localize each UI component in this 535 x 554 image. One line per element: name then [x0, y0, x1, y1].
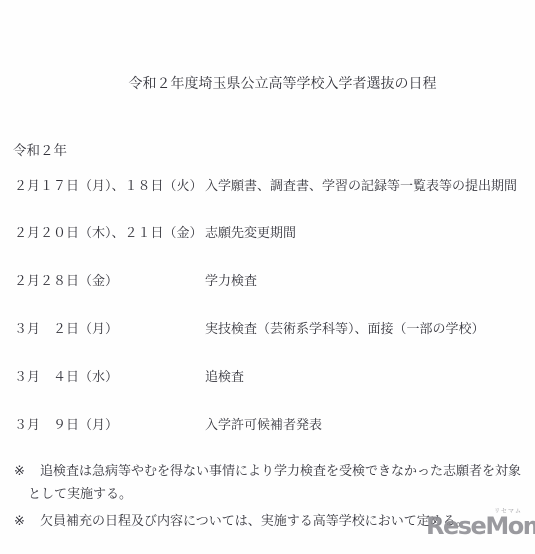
resemom-logo: ReseMom. [426, 512, 535, 540]
schedule-row: ３月 ９日（月）入学許可候補者発表 [14, 416, 322, 434]
schedule-description: 学力検査 [205, 272, 257, 290]
schedule-row: ２月２８日（金）学力検査 [14, 272, 257, 290]
note-line: ※追検査は急病等やむを得ない事情により学力検査を受検できなかった志願者を対象 [14, 459, 521, 482]
note-supplementary-exam: ※追検査は急病等やむを得ない事情により学力検査を受検できなかった志願者を対象 と… [14, 459, 521, 505]
note-vacancy-filling: ※欠員補充の日程及び内容については、実施する高等学校において定める。 [14, 509, 469, 532]
schedule-description: 志願先変更期間 [205, 224, 296, 242]
schedule-description: 追検査 [205, 368, 244, 386]
schedule-date: ３月 ９日（月） [14, 416, 205, 434]
schedule-description: 入学願書、調査書、学習の記録等一覧表等の提出期間 [205, 177, 517, 195]
schedule-date: ３月 ２日（月） [14, 320, 205, 338]
schedule-row: ３月 ２日（月）実技検査（芸術系学科等）、面接（一部の学校） [14, 320, 485, 338]
schedule-date: ２月２８日（金） [14, 272, 205, 290]
page: { "page": { "background": "#fefefe", "te… [0, 0, 535, 554]
note-text: 追検査は急病等やむを得ない事情により学力検査を受検できなかった志願者を対象 [40, 463, 521, 478]
note-line: ※欠員補充の日程及び内容については、実施する高等学校において定める。 [14, 509, 469, 532]
resemom-watermark: リセマム ReseMom. [426, 505, 535, 550]
schedule-description: 入学許可候補者発表 [205, 416, 322, 434]
schedule-row: ２月２０日（木）、２１日（金）志願先変更期間 [14, 224, 296, 242]
schedule-date: ２月１７日（月）、１８日（火） [14, 177, 205, 195]
era-label: 令和２年 [13, 139, 67, 159]
note-text: 欠員補充の日程及び内容については、実施する高等学校において定める。 [40, 513, 469, 528]
note-line: として実施する。 [14, 482, 521, 505]
schedule-date: ２月２０日（木）、２１日（金） [14, 224, 205, 242]
schedule-row: ３月 ４日（水）追検査 [14, 368, 244, 386]
page-title: 令和２年度埼玉県公立高等学校入学者選抜の日程 [30, 73, 535, 93]
schedule-date: ３月 ４日（水） [14, 368, 205, 386]
note-marker: ※ [14, 509, 40, 532]
schedule-description: 実技検査（芸術系学科等）、面接（一部の学校） [205, 320, 485, 338]
note-marker: ※ [14, 459, 40, 482]
schedule-row: ２月１７日（月）、１８日（火）入学願書、調査書、学習の記録等一覧表等の提出期間 [14, 177, 517, 195]
